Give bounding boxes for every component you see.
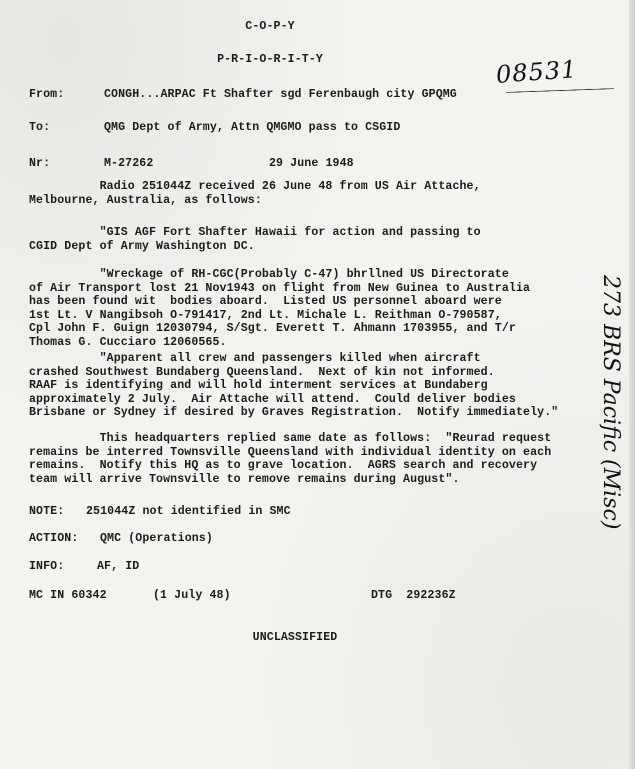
action-value: QMC (Operations) (100, 532, 213, 546)
body-line: remains be interred Townsville Queenslan… (29, 446, 551, 460)
body-line: This headquarters replied same date as f… (29, 432, 551, 446)
body-line: Brisbane or Sydney if desired by Graves … (29, 406, 558, 420)
handwritten-underline (506, 88, 614, 93)
body-line: has been found wit bodies aboard. Listed… (29, 295, 502, 309)
from-value: CONGH...ARPAC Ft Shafter sgd Ferenbaugh … (104, 88, 457, 102)
page-edge (629, 0, 635, 769)
message-date: 29 June 1948 (269, 157, 354, 171)
body-line: remains. Notify this HQ as to grave loca… (29, 459, 537, 473)
body-line: 1st Lt. V Nangibsoh O-791417, 2nd Lt. Mi… (29, 309, 502, 323)
body-line: "GIS AGF Fort Shafter Hawaii for action … (29, 226, 481, 240)
mc-in-number: MC IN 60342 (29, 589, 107, 603)
info-label: INFO: (29, 560, 64, 574)
body-line: of Air Transport lost 21 Nov1943 on flig… (29, 282, 530, 296)
handwritten-file-number: 08531 (495, 55, 578, 89)
from-label: From: (29, 88, 64, 102)
body-line: approximately 2 July. Air Attache will a… (29, 393, 516, 407)
body-line: team will arrive Townsville to remove re… (29, 473, 460, 487)
note-value: 251044Z not identified in SMC (86, 505, 291, 519)
nr-value: M-27262 (104, 157, 153, 171)
body-line: Melbourne, Australia, as follows: (29, 194, 262, 208)
body-line: Thomas G. Cucciaro 12060565. (29, 336, 227, 350)
body-line: "Wreckage of RH-CGC(Probably C-47) bhrll… (29, 268, 509, 282)
note-label: NOTE: (29, 505, 64, 519)
body-line: RAAF is identifying and will hold interm… (29, 379, 488, 393)
classification-marking: UNCLASSIFIED (0, 631, 590, 645)
body-line: crashed Southwest Bundaberg Queensland. … (29, 366, 495, 380)
action-label: ACTION: (29, 532, 78, 546)
copy-heading: C-O-P-Y (0, 20, 540, 34)
document-page: C-O-P-Y P-R-I-O-R-I-T-Y 08531 From: CONG… (0, 0, 635, 769)
body-line: CGID Dept of Army Washington DC. (29, 240, 255, 254)
mc-in-date: (1 July 48) (153, 589, 231, 603)
to-label: To: (29, 121, 50, 135)
dtg-value: DTG 292236Z (371, 589, 456, 603)
handwritten-margin-note: 273 BRS Pacific (Misc) (598, 275, 623, 529)
to-value: QMG Dept of Army, Attn QMGMO pass to CSG… (104, 121, 400, 135)
nr-label: Nr: (29, 157, 50, 171)
body-line: Cpl John F. Guign 12030794, S/Sgt. Evere… (29, 322, 516, 336)
body-line: Radio 251044Z received 26 June 48 from U… (29, 180, 481, 194)
body-line: "Apparent all crew and passengers killed… (29, 352, 481, 366)
priority-heading: P-R-I-O-R-I-T-Y (0, 53, 540, 67)
info-value: AF, ID (97, 560, 139, 574)
